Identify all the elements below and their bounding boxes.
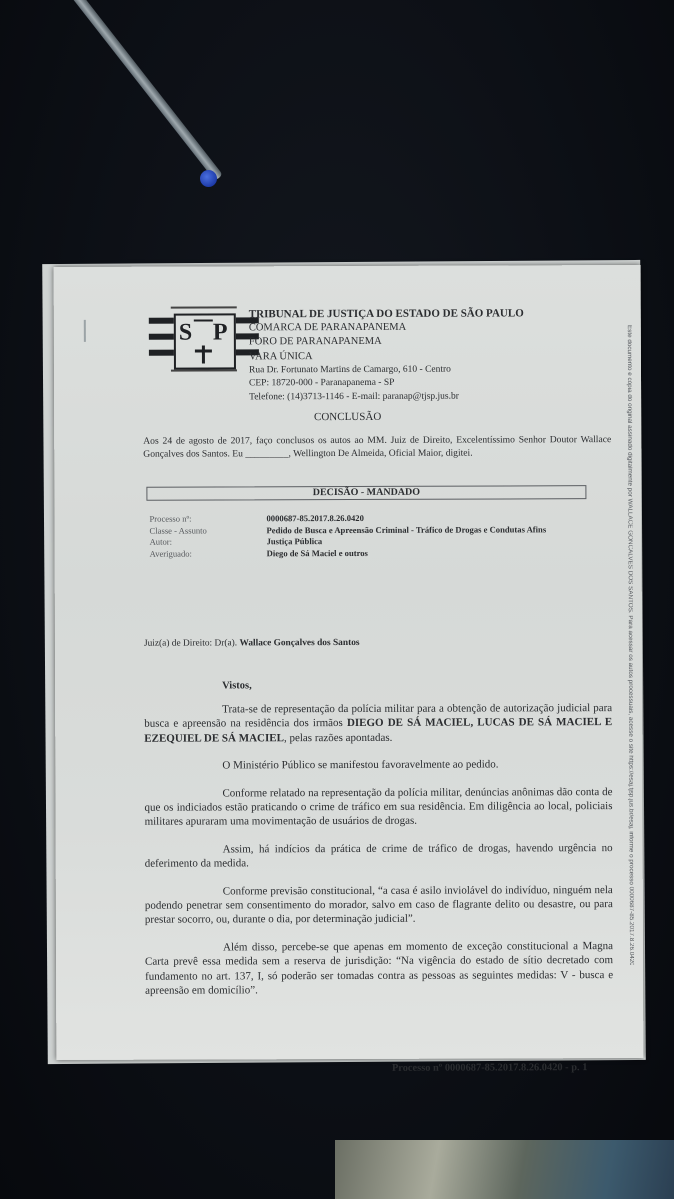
scales-of-justice-icon xyxy=(194,319,213,329)
paragraph: Além disso, percebe-se que apenas em mom… xyxy=(145,939,613,998)
case-info-value: Justiça Pública xyxy=(267,535,567,548)
paragraph: Conforme relatado na representação da po… xyxy=(144,785,612,830)
digital-signature-note: Este documento é cópia do original assin… xyxy=(620,325,634,965)
letterhead: TRIBUNAL DE JUSTIÇA DO ESTADO DE SÃO PAU… xyxy=(249,306,524,404)
logo-letter-s: S xyxy=(179,320,192,347)
judge-label: Juiz(a) de Direito: Dr(a). xyxy=(144,638,237,648)
contact: Telefone: (14)3713-1146 - E-mail: parana… xyxy=(249,390,524,404)
paragraph: Assim, há indícios da prática de crime d… xyxy=(145,841,613,871)
logo-letter-p: P xyxy=(213,319,228,346)
cep: CEP: 18720-000 - Paranapanema - SP xyxy=(249,377,524,391)
comarca: COMARCA DE PARANAPANEMA xyxy=(249,321,524,336)
case-info: Processo nº: 0000687-85.2017.8.26.0420 C… xyxy=(149,512,566,559)
paragraph-text: , pelas razões apontadas. xyxy=(284,732,392,744)
case-info-label: Averiguado: xyxy=(150,548,267,560)
case-info-label: Classe - Assunto xyxy=(150,525,267,537)
case-info-value: Pedido de Busca e Apreensão Criminal - T… xyxy=(267,524,567,537)
decision-body: Trata-se de representação da polícia mil… xyxy=(144,701,613,1011)
foro: FORO DE PARANAPANEMA xyxy=(249,335,524,350)
case-info-label: Processo nº: xyxy=(149,513,266,525)
paragraph: O Ministério Público se manifestou favor… xyxy=(144,757,612,773)
conclusao-title: CONCLUSÃO xyxy=(54,410,641,424)
paragraph: Conforme previsão constitucional, “a cas… xyxy=(145,883,613,928)
ballpoint-pen xyxy=(58,0,223,181)
greeting: Vistos, xyxy=(222,680,252,691)
background-photo-fragment xyxy=(335,1140,674,1199)
page-footer: Processo nº 0000687-85.2017.8.26.0420 - … xyxy=(392,1062,588,1074)
vara: VARA ÚNICA xyxy=(249,349,524,364)
tjsp-logo: S P xyxy=(149,305,259,375)
case-info-value: Diego de Sá Maciel e outros xyxy=(267,547,567,560)
judge-name: Wallace Gonçalves dos Santos xyxy=(239,638,359,648)
case-info-value: 0000687-85.2017.8.26.0420 xyxy=(266,512,566,525)
cross-icon xyxy=(202,345,205,363)
staple-icon xyxy=(84,320,86,342)
case-info-label: Autor: xyxy=(150,536,267,548)
decisao-title: DECISÃO - MANDADO xyxy=(146,485,586,501)
conclusao-text: Aos 24 de agosto de 2017, faço conclusos… xyxy=(143,433,611,461)
judge-line: Juiz(a) de Direito: Dr(a). Wallace Gonça… xyxy=(144,638,360,649)
document-page: S P TRIBUNAL DE JUSTIÇA DO ESTADO DE SÃO… xyxy=(54,265,644,1060)
case-info-row: Averiguado: Diego de Sá Maciel e outros xyxy=(150,547,567,560)
address: Rua Dr. Fortunato Martins de Camargo, 61… xyxy=(249,363,524,377)
paragraph: Trata-se de representação da polícia mil… xyxy=(144,701,612,746)
court-name: TRIBUNAL DE JUSTIÇA DO ESTADO DE SÃO PAU… xyxy=(249,306,524,321)
pen-cap-icon xyxy=(200,170,217,187)
